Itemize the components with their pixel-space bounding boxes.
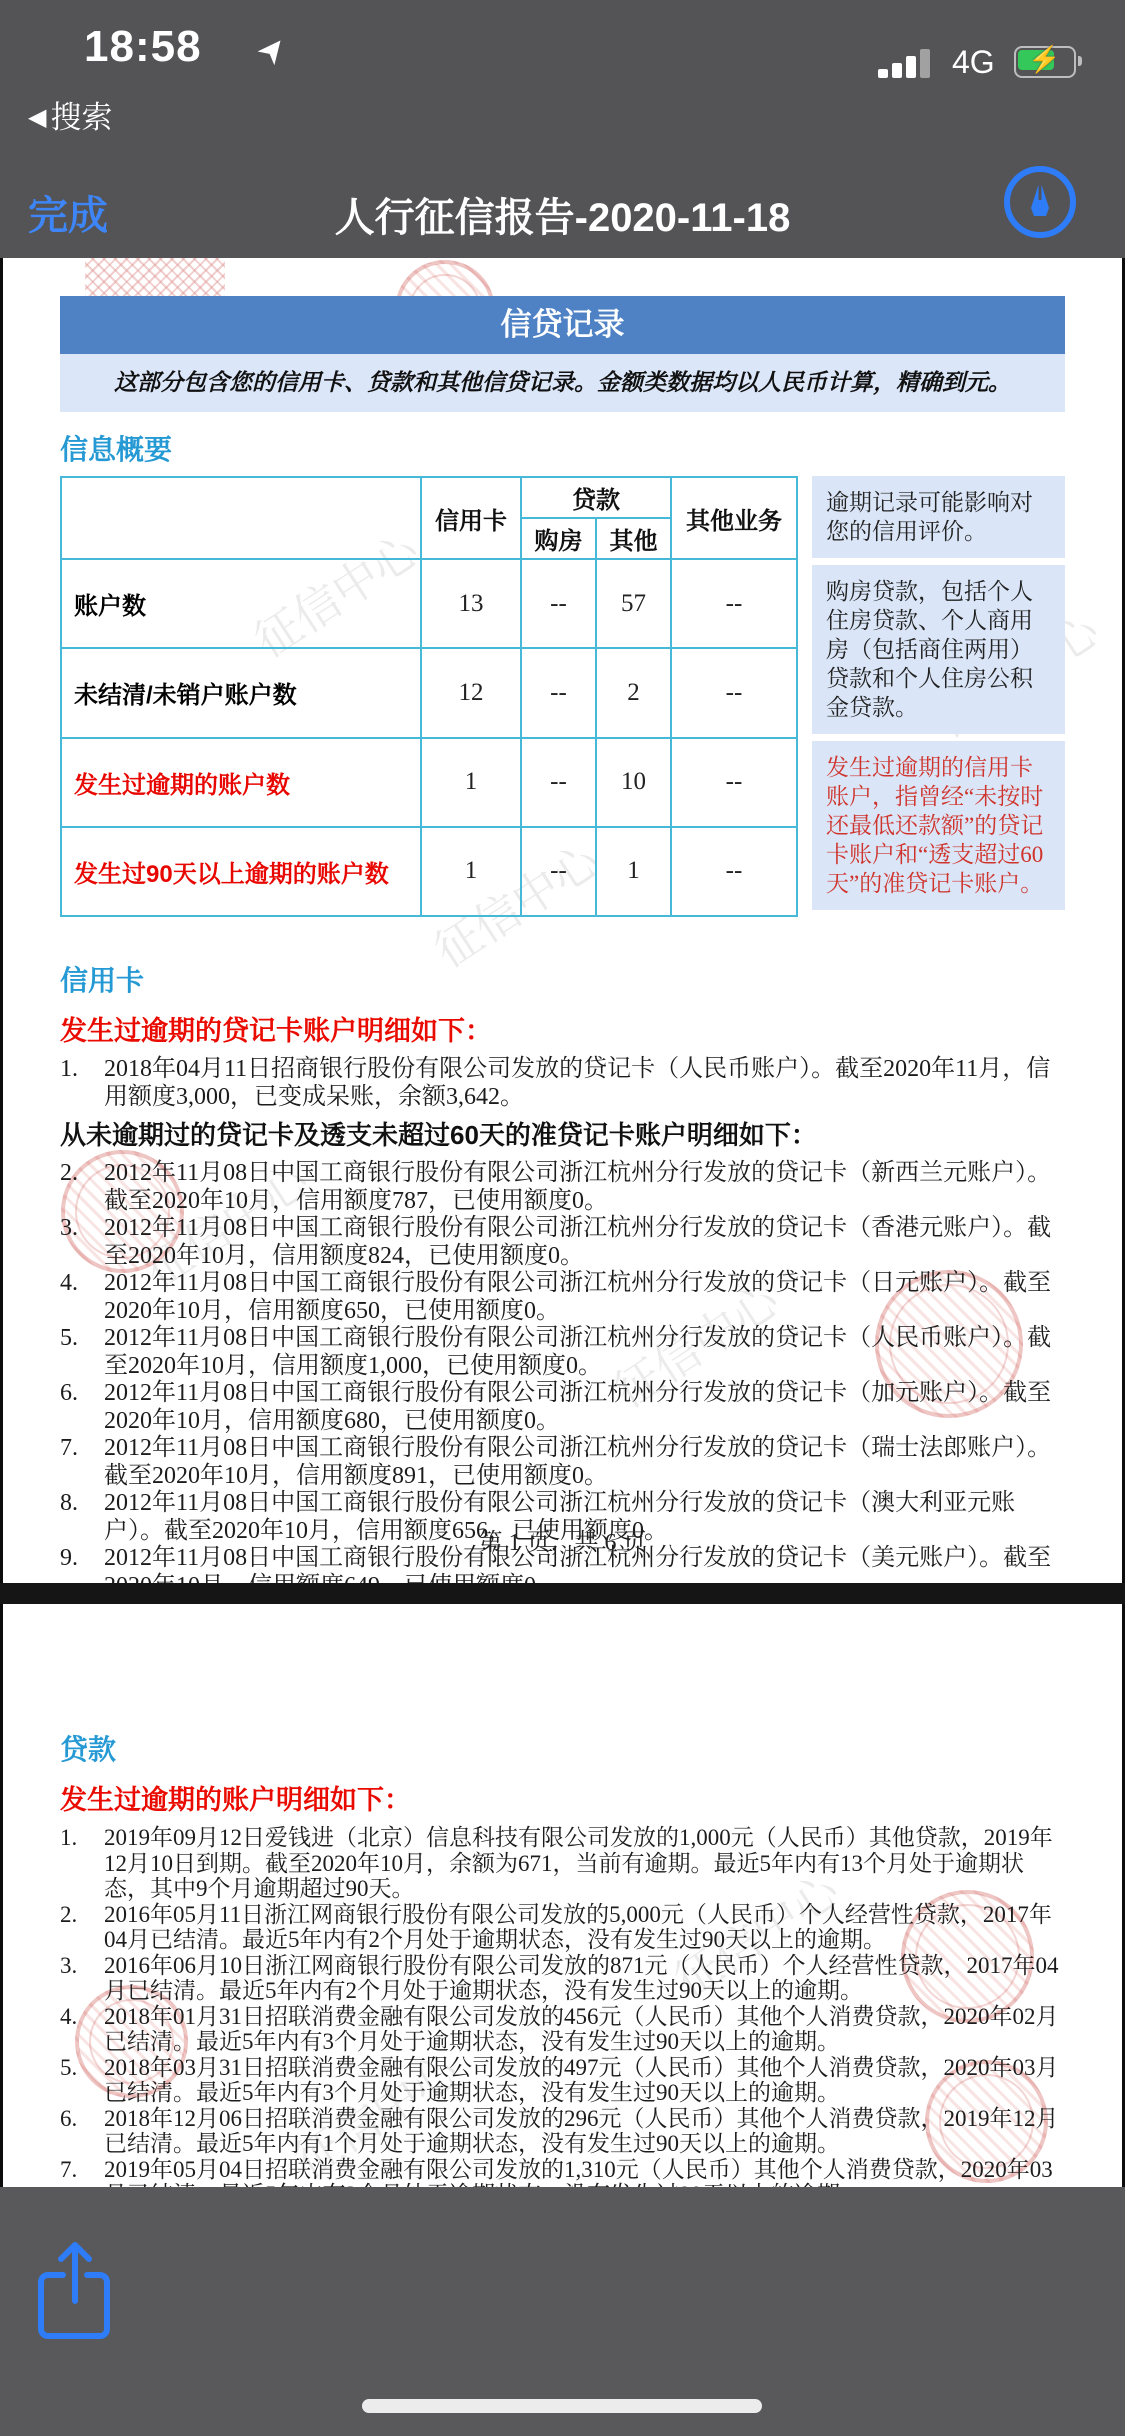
status-time: 18:58 <box>84 22 202 72</box>
note-box: 购房贷款，包括个人住房贷款、个人商用房（包括商住两用）贷款和个人住房公积金贷款。 <box>812 565 1065 734</box>
share-icon <box>36 2237 114 2345</box>
list-item: 3.2012年11月08日中国工商银行股份有限公司浙江杭州分行发放的贷记卡（香港… <box>60 1215 1065 1270</box>
page-footer: 第 1 页，共 6 页 <box>3 1522 1122 1557</box>
col-header-credit-card: 信用卡 <box>421 477 521 559</box>
table-row: 发生过逾期的账户数 1 -- 10 -- <box>61 738 797 827</box>
overdue-subheading: 发生过逾期的贷记卡账户明细如下： <box>60 1009 1065 1048</box>
col-header-other-business: 其他业务 <box>671 477 797 559</box>
note-box: 发生过逾期的信用卡账户，指曾经“未按时还最低还款额”的贷记卡账户和“透支超过60… <box>812 741 1065 910</box>
table-row: 未结清/未销户账户数 12 -- 2 -- <box>61 648 797 737</box>
table-row: 发生过90天以上逾期的账户数 1 -- 1 -- <box>61 827 797 916</box>
document-scroll-area[interactable]: 征信中心 征信中心 征信中心 征信中心 征信中心 征信中心 征信中心 信贷记录 … <box>0 258 1125 2436</box>
list-item: 2.2016年05月11日浙江网商银行股份有限公司发放的5,000元（人民币）个… <box>60 1902 1065 1953</box>
list-item: 1.2018年04月11日招商银行股份有限公司发放的贷记卡（人民币账户）。截至2… <box>60 1056 1065 1111</box>
col-header-loan: 贷款 <box>521 477 671 518</box>
screen: 18:58 ➤ ◀搜索 4G ⚡ 完成 人行征信报告-2020-11-18 征信… <box>0 0 1125 2436</box>
back-triangle-icon: ◀ <box>28 104 46 131</box>
document-title: 人行征信报告-2020-11-18 <box>0 186 1125 243</box>
page-separator <box>0 1583 1125 1604</box>
loan-heading: 贷款 <box>60 1728 1065 1768</box>
col-header-loan-house: 购房 <box>521 518 596 559</box>
credit-card-first-item: 1.2018年04月11日招商银行股份有限公司发放的贷记卡（人民币账户）。截至2… <box>60 1056 1065 1111</box>
summary-notes: 逾期记录可能影响对您的信用评价。 购房贷款，包括个人住房贷款、个人商用房（包括商… <box>812 476 1065 917</box>
markup-pen-icon <box>1002 164 1078 240</box>
list-item: 1.2019年09月12日爱钱进（北京）信息科技有限公司发放的1,000元（人民… <box>60 1825 1065 1902</box>
location-arrow-icon: ➤ <box>248 26 297 73</box>
list-item: 3.2016年06月10日浙江网商银行股份有限公司发放的871元（人民币）个人经… <box>60 1953 1065 2004</box>
section-banner: 信贷记录 <box>60 296 1065 354</box>
empty-header-cell <box>61 477 421 559</box>
list-item: 5.2012年11月08日中国工商银行股份有限公司浙江杭州分行发放的贷记卡（人民… <box>60 1325 1065 1380</box>
list-item: 5.2018年03月31日招联消费金融有限公司发放的497元（人民币）其他个人消… <box>60 2055 1065 2106</box>
summary-block: 信用卡 贷款 其他业务 购房 其他 账户数 <box>60 476 1065 917</box>
report-page-1: 信贷记录 这部分包含您的信用卡、贷款和其他信贷记录。金额类数据均以人民币计算，精… <box>3 258 1122 1583</box>
note-box: 逾期记录可能影响对您的信用评价。 <box>812 476 1065 558</box>
section-intro: 这部分包含您的信用卡、贷款和其他信贷记录。金额类数据均以人民币计算，精确到元。 <box>60 354 1065 412</box>
markup-button[interactable] <box>1002 164 1078 240</box>
network-type-label: 4G <box>952 44 995 81</box>
never-overdue-subheading: 从未逾期过的贷记卡及透支未超过60天的准贷记卡账户明细如下： <box>60 1115 1065 1152</box>
list-item: 7.2012年11月08日中国工商银行股份有限公司浙江杭州分行发放的贷记卡（瑞士… <box>60 1435 1065 1490</box>
back-to-app-button[interactable]: ◀搜索 <box>28 92 112 137</box>
cell-signal-icon <box>878 48 940 78</box>
loan-overdue-subheading: 发生过逾期的账户明细如下： <box>60 1778 1065 1817</box>
list-item: 4.2012年11月08日中国工商银行股份有限公司浙江杭州分行发放的贷记卡（日元… <box>60 1270 1065 1325</box>
list-item: 6.2012年11月08日中国工商银行股份有限公司浙江杭州分行发放的贷记卡（加元… <box>60 1380 1065 1435</box>
back-app-label: 搜索 <box>50 100 112 135</box>
summary-heading: 信息概要 <box>60 428 1065 468</box>
table-row: 账户数 13 -- 57 -- <box>61 559 797 648</box>
status-and-nav-bar: 18:58 ➤ ◀搜索 4G ⚡ 完成 人行征信报告-2020-11-18 <box>0 0 1125 258</box>
list-item: 2.2012年11月08日中国工商银行股份有限公司浙江杭州分行发放的贷记卡（新西… <box>60 1160 1065 1215</box>
home-indicator[interactable] <box>362 2399 762 2413</box>
summary-table: 信用卡 贷款 其他业务 购房 其他 账户数 <box>60 476 798 917</box>
share-button[interactable] <box>36 2237 114 2345</box>
credit-card-heading: 信用卡 <box>60 959 1065 999</box>
bottom-toolbar <box>0 2187 1125 2436</box>
list-item: 4.2018年01月31日招联消费金融有限公司发放的456元（人民币）其他个人消… <box>60 2004 1065 2055</box>
col-header-loan-other: 其他 <box>596 518 671 559</box>
battery-charging-icon: ⚡ <box>1014 46 1076 78</box>
list-item: 6.2018年12月06日招联消费金融有限公司发放的296元（人民币）其他个人消… <box>60 2106 1065 2157</box>
credit-card-list: 2.2012年11月08日中国工商银行股份有限公司浙江杭州分行发放的贷记卡（新西… <box>60 1160 1065 1583</box>
